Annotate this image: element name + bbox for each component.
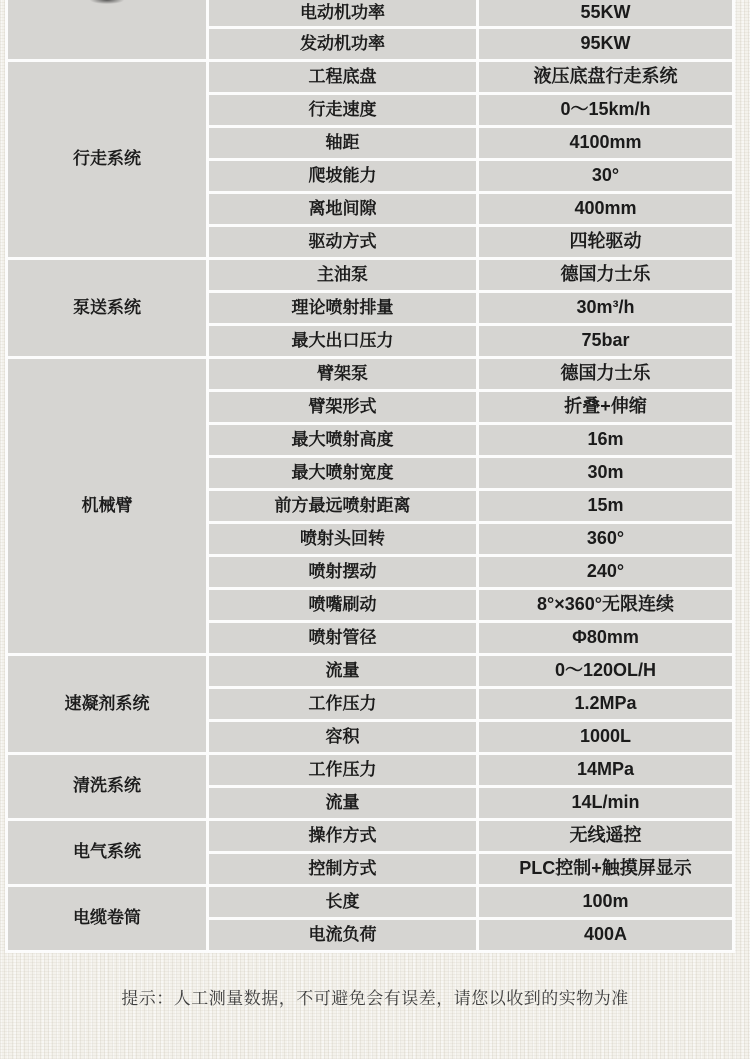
value-cell: 14MPa xyxy=(479,755,732,785)
table-section: 清洗系统工作压力14MPa流量14L/min xyxy=(8,755,732,818)
value-cell: 德国力士乐 xyxy=(479,260,732,290)
category-cell: 机械臂 xyxy=(8,359,206,653)
parameter-cell: 工程底盘 xyxy=(209,62,476,92)
category-cell: 电缆卷筒 xyxy=(8,887,206,950)
table-section: 电缆卷筒长度100m电流负荷400A xyxy=(8,887,732,950)
value-cell: 无线遥控 xyxy=(479,821,732,851)
category-cell: 泵送系统 xyxy=(8,260,206,356)
parameter-cell: 操作方式 xyxy=(209,821,476,851)
parameter-cell: 前方最远喷射距离 xyxy=(209,491,476,521)
table-section: 泵送系统主油泵德国力士乐理论喷射排量30m³/h最大出口压力75bar xyxy=(8,260,732,356)
value-cell: 30° xyxy=(479,161,732,191)
disclaimer-note: 提示：人工测量数据，不可避免会有误差，请您以收到的实物为准 xyxy=(0,984,750,1009)
parameter-cell: 喷射管径 xyxy=(209,623,476,653)
category-cell: 速凝剂系统 xyxy=(8,656,206,752)
value-cell: 0～120OL/H xyxy=(479,656,732,686)
parameter-cell: 臂架泵 xyxy=(209,359,476,389)
value-cell: 4100mm xyxy=(479,128,732,158)
value-cell: PLC控制+触摸屏显示 xyxy=(479,854,732,884)
parameter-cell: 流量 xyxy=(209,788,476,818)
value-cell: 240° xyxy=(479,557,732,587)
parameter-cell: 离地间隙 xyxy=(209,194,476,224)
table-section: 速凝剂系统流量0～120OL/H工作压力1.2MPa容积1000L xyxy=(8,656,732,752)
cut-off-text-fragment xyxy=(90,0,124,4)
parameter-cell: 发动机功率 xyxy=(209,29,476,59)
value-cell: 360° xyxy=(479,524,732,554)
spec-table: 电动机功率55KW发动机功率95KW行走系统工程底盘液压底盘行走系统行走速度0～… xyxy=(5,0,735,953)
parameter-cell: 喷射摆动 xyxy=(209,557,476,587)
value-cell: 30m³/h xyxy=(479,293,732,323)
value-cell: 液压底盘行走系统 xyxy=(479,62,732,92)
parameter-cell: 控制方式 xyxy=(209,854,476,884)
parameter-cell: 工作压力 xyxy=(209,755,476,785)
value-cell: 15m xyxy=(479,491,732,521)
parameter-cell: 最大出口压力 xyxy=(209,326,476,356)
value-cell: 95KW xyxy=(479,29,732,59)
parameter-cell: 容积 xyxy=(209,722,476,752)
value-cell: 400A xyxy=(479,920,732,950)
parameter-cell: 臂架形式 xyxy=(209,392,476,422)
parameter-cell: 最大喷射高度 xyxy=(209,425,476,455)
category-cell xyxy=(8,0,206,59)
parameter-cell: 驱动方式 xyxy=(209,227,476,257)
value-cell: 100m xyxy=(479,887,732,917)
parameter-cell: 喷射头回转 xyxy=(209,524,476,554)
value-cell: 16m xyxy=(479,425,732,455)
table-section: 电动机功率55KW发动机功率95KW xyxy=(8,0,732,59)
value-cell: 55KW xyxy=(479,0,732,26)
value-cell: 400mm xyxy=(479,194,732,224)
value-cell: 1.2MPa xyxy=(479,689,732,719)
value-cell: 14L/min xyxy=(479,788,732,818)
table-section: 行走系统工程底盘液压底盘行走系统行走速度0～15km/h轴距4100mm爬坡能力… xyxy=(8,62,732,257)
parameter-cell: 主油泵 xyxy=(209,260,476,290)
value-cell: 0～15km/h xyxy=(479,95,732,125)
parameter-cell: 工作压力 xyxy=(209,689,476,719)
table-section: 机械臂臂架泵德国力士乐臂架形式折叠+伸缩最大喷射高度16m最大喷射宽度30m前方… xyxy=(8,359,732,653)
category-cell: 电气系统 xyxy=(8,821,206,884)
parameter-cell: 行走速度 xyxy=(209,95,476,125)
value-cell: Φ80mm xyxy=(479,623,732,653)
parameter-cell: 喷嘴刷动 xyxy=(209,590,476,620)
category-cell: 清洗系统 xyxy=(8,755,206,818)
parameter-cell: 电流负荷 xyxy=(209,920,476,950)
parameter-cell: 流量 xyxy=(209,656,476,686)
parameter-cell: 爬坡能力 xyxy=(209,161,476,191)
value-cell: 折叠+伸缩 xyxy=(479,392,732,422)
table-section: 电气系统操作方式无线遥控控制方式PLC控制+触摸屏显示 xyxy=(8,821,732,884)
value-cell: 8°×360°无限连续 xyxy=(479,590,732,620)
parameter-cell: 长度 xyxy=(209,887,476,917)
product-spec-page: { "colors": { "page_bg": "#f3f1eb", "cel… xyxy=(0,0,750,1059)
value-cell: 30m xyxy=(479,458,732,488)
value-cell: 四轮驱动 xyxy=(479,227,732,257)
value-cell: 75bar xyxy=(479,326,732,356)
parameter-cell: 轴距 xyxy=(209,128,476,158)
value-cell: 德国力士乐 xyxy=(479,359,732,389)
parameter-cell: 理论喷射排量 xyxy=(209,293,476,323)
parameter-cell: 最大喷射宽度 xyxy=(209,458,476,488)
parameter-cell: 电动机功率 xyxy=(209,0,476,26)
value-cell: 1000L xyxy=(479,722,732,752)
category-cell: 行走系统 xyxy=(8,62,206,257)
